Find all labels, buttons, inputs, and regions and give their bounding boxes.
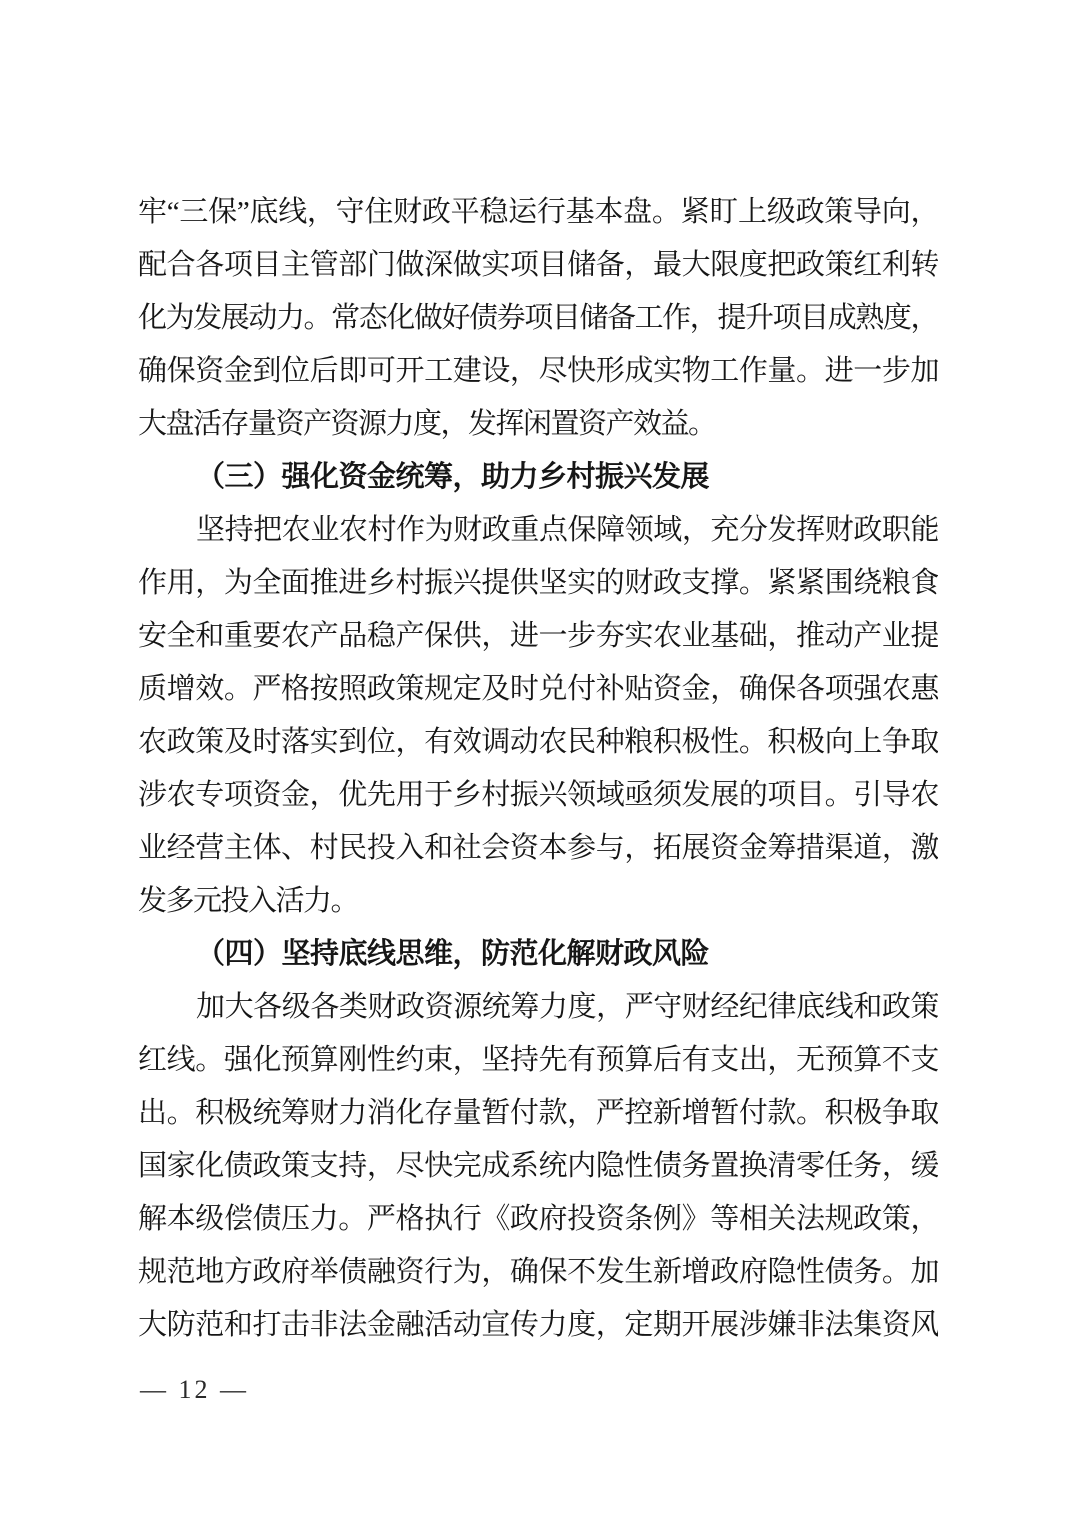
text-line: 国家化债政策支持，尽快完成系统内隐性债务置换清零任务，缓 <box>138 1140 938 1193</box>
text-line: 农政策及时落实到位，有效调动农民种粮积极性。积极向上争取 <box>138 716 938 769</box>
text-line: 加大各级各类财政资源统筹力度，严守财经纪律底线和政策 <box>138 981 938 1034</box>
section-heading: （四）坚持底线思维，防范化解财政风险 <box>138 928 938 981</box>
text-line: 牢“三保”底线，守住财政平稳运行基本盘。紧盯上级政策导向， <box>138 186 938 239</box>
text-line: 大盘活存量资产资源力度，发挥闲置资产效益。 <box>138 398 938 451</box>
text-line: 坚持把农业农村作为财政重点保障领域，充分发挥财政职能 <box>138 504 938 557</box>
text-line: （四）坚持底线思维，防范化解财政风险 <box>138 928 938 981</box>
text-line: 业经营主体、村民投入和社会资本参与，拓展资金筹措渠道，激 <box>138 822 938 875</box>
text-line: 解本级偿债压力。严格执行《政府投资条例》等相关法规政策， <box>138 1193 938 1246</box>
text-line: 出。积极统筹财力消化存量暂付款，严控新增暂付款。积极争取 <box>138 1087 938 1140</box>
text-line: 质增效。严格按照政策规定及时兑付补贴资金，确保各项强农惠 <box>138 663 938 716</box>
text-line: 红线。强化预算刚性约束，坚持先有预算后有支出，无预算不支 <box>138 1034 938 1087</box>
text-line: 大防范和打击非法金融活动宣传力度，定期开展涉嫌非法集资风 <box>138 1299 938 1352</box>
text-line: 配合各项目主管部门做深做实项目储备，最大限度把政策红利转 <box>138 239 938 292</box>
page-number: — 12 — <box>140 1375 249 1404</box>
text-line: 化为发展动力。常态化做好债券项目储备工作，提升项目成熟度， <box>138 292 938 345</box>
body-paragraph: 坚持把农业农村作为财政重点保障领域，充分发挥财政职能作用，为全面推进乡村振兴提供… <box>138 504 938 928</box>
text-line: 安全和重要农产品稳产保供，进一步夯实农业基础，推动产业提 <box>138 610 938 663</box>
text-line: 发多元投入活力。 <box>138 875 938 928</box>
document-body: 牢“三保”底线，守住财政平稳运行基本盘。紧盯上级政策导向，配合各项目主管部门做深… <box>138 186 938 1352</box>
body-paragraph: 加大各级各类财政资源统筹力度，严守财经纪律底线和政策红线。强化预算刚性约束，坚持… <box>138 981 938 1352</box>
text-line: 涉农专项资金，优先用于乡村振兴领域亟须发展的项目。引导农 <box>138 769 938 822</box>
text-line: 作用，为全面推进乡村振兴提供坚实的财政支撑。紧紧围绕粮食 <box>138 557 938 610</box>
document-page: 牢“三保”底线，守住财政平稳运行基本盘。紧盯上级政策导向，配合各项目主管部门做深… <box>0 0 1074 1520</box>
body-paragraph: 牢“三保”底线，守住财政平稳运行基本盘。紧盯上级政策导向，配合各项目主管部门做深… <box>138 186 938 451</box>
section-heading: （三）强化资金统筹，助力乡村振兴发展 <box>138 451 938 504</box>
text-line: 确保资金到位后即可开工建设，尽快形成实物工作量。进一步加 <box>138 345 938 398</box>
text-line: 规范地方政府举债融资行为，确保不发生新增政府隐性债务。加 <box>138 1246 938 1299</box>
page-footer: — 12 — <box>140 1374 249 1406</box>
text-line: （三）强化资金统筹，助力乡村振兴发展 <box>138 451 938 504</box>
